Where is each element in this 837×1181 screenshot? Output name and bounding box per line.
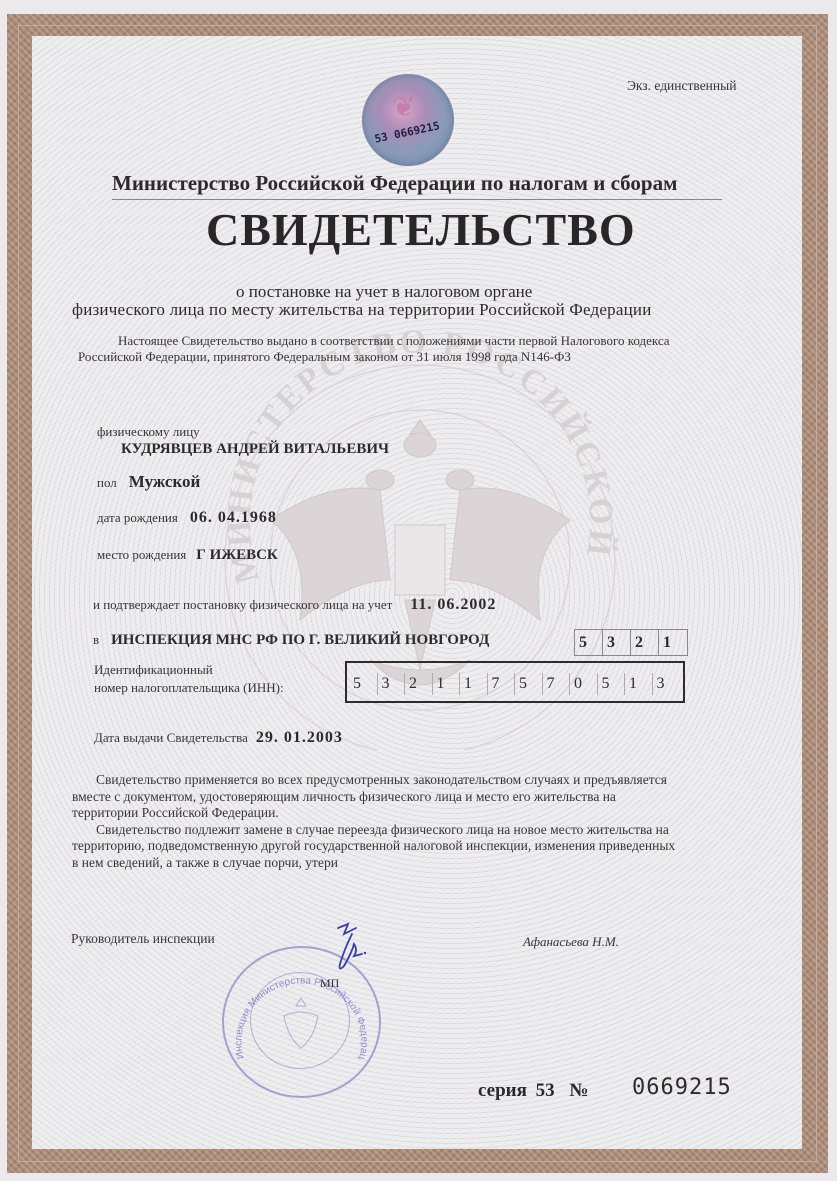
full-name: КУДРЯВЦЕВ АНДРЕЙ ВИТАЛЬЕВИЧ [121, 441, 389, 458]
inn-digit: 1 [624, 673, 652, 695]
eagle-icon: ❦ [392, 90, 415, 124]
number-sign: № [569, 1080, 588, 1101]
issue-date-value: 29. 01.2003 [256, 729, 343, 746]
to-person-label: физическому лицу [97, 424, 200, 440]
legal-basis-text: Настоящее Свидетельство выдано в соответ… [78, 333, 718, 365]
inspection-field: в ИНСПЕКЦИЯ МНС РФ ПО Г. ВЕЛИКИЙ НОВГОРО… [93, 631, 489, 649]
inn-digit: 3 [652, 673, 680, 695]
sex-field: пол Мужской [97, 472, 200, 492]
rules-paragraph-2: Свидетельство подлежит замене в случае п… [72, 822, 682, 872]
inspection-code-box: 5 3 2 1 [574, 629, 688, 656]
code-digit: 1 [659, 630, 687, 655]
inn-digit: 0 [569, 673, 597, 695]
head-of-inspection-name: Афанасьева Н.М. [523, 934, 619, 950]
ministry-heading: Министерство Российской Федерации по нал… [112, 171, 677, 196]
inn-label-line-2: номер налогоплательщика (ИНН): [94, 679, 354, 697]
seal-placeholder-label: МП [320, 976, 339, 991]
pob-value: Г ИЖЕВСК [196, 547, 278, 563]
inn-label-line-1: Идентификационный [94, 661, 354, 679]
series-label: серия 53 № [478, 1080, 589, 1102]
code-digit: 3 [603, 630, 631, 655]
inn-digit: 7 [487, 673, 515, 695]
eagle-icon [284, 998, 318, 1048]
code-digit: 2 [631, 630, 659, 655]
inn-digit: 2 [404, 673, 432, 695]
certificate-page: МИНИСТЕРСТВО РОССИЙСКОЙ ФЕДЕРАЦИИ ПО НАЛ… [0, 0, 837, 1181]
registration-confirm-field: и подтверждает постановку физического ли… [93, 596, 496, 614]
in-label: в [93, 632, 99, 647]
rules-paragraph-1: Свидетельство применяется во всех предус… [72, 772, 682, 822]
pob-label: место рождения [97, 547, 186, 562]
confirm-label: и подтверждает постановку физического ли… [93, 597, 392, 612]
inn-label: Идентификационный номер налогоплательщик… [94, 661, 354, 697]
inn-digit: 1 [459, 673, 487, 695]
usage-rules: Свидетельство применяется во всех предус… [72, 772, 682, 871]
inn-box: 5 3 2 1 1 7 5 7 0 5 1 3 [345, 661, 685, 703]
issue-date-label: Дата выдачи Свидетельства [94, 730, 248, 745]
issue-date-field: Дата выдачи Свидетельства 29. 01.2003 [94, 729, 343, 747]
inn-digit: 3 [377, 673, 405, 695]
subtitle-line-2: физического лица по месту жительства на … [72, 300, 652, 320]
sex-value: Мужской [129, 472, 201, 491]
dob-label: дата рождения [97, 510, 178, 525]
sex-label: пол [97, 475, 117, 490]
ministry-underline [112, 199, 722, 200]
signature-mark [330, 920, 370, 980]
pob-field: место рождения Г ИЖЕВСК [97, 546, 278, 564]
inn-digit: 5 [514, 673, 542, 695]
dob-value: 06. 04.1968 [190, 509, 277, 526]
copy-note: Экз. единственный [627, 78, 736, 94]
code-digit: 5 [575, 630, 603, 655]
inspection-name: ИНСПЕКЦИЯ МНС РФ ПО Г. ВЕЛИКИЙ НОВГОРОД [111, 632, 489, 648]
series-value: 53 [536, 1080, 555, 1101]
subtitle-line-1: о постановке на учет в налоговом органе [236, 282, 532, 302]
dob-field: дата рождения 06. 04.1968 [97, 509, 277, 527]
registration-date: 11. 06.2002 [410, 596, 496, 613]
hologram-sticker: ❦ 53 0669215 [362, 74, 454, 166]
serial-number: 0669215 [632, 1075, 732, 1100]
inn-digit: 5 [597, 673, 625, 695]
inn-digit: 5 [349, 673, 377, 695]
series-label-text: серия [478, 1080, 527, 1101]
document-title: СВИДЕТЕЛЬСТВО [206, 203, 636, 256]
inn-digit: 1 [432, 673, 460, 695]
inn-digit: 7 [542, 673, 570, 695]
head-of-inspection-label: Руководитель инспекции [71, 931, 215, 947]
